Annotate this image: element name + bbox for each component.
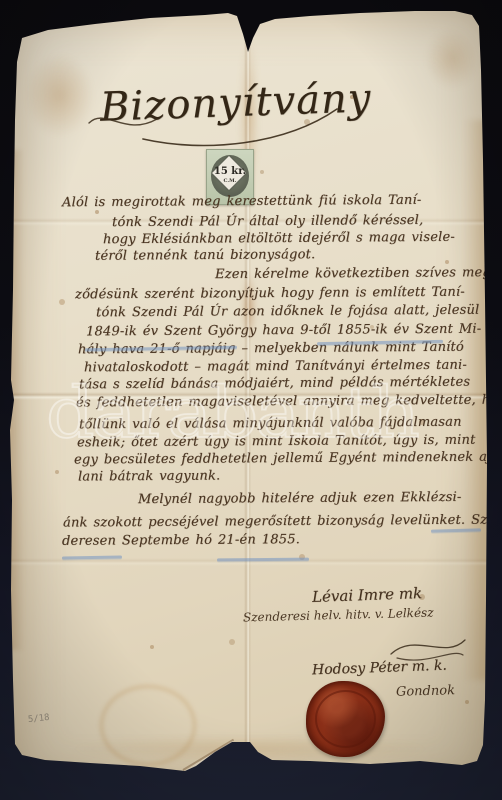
body-line: téről tennénk tanú bizonyságot. <box>95 247 315 264</box>
signature-curator-role: Gondnok <box>396 683 455 700</box>
body-line: deresen Septembe hó 21-én 1855. <box>62 532 300 549</box>
body-line: tása s szelíd bánása módjaiért, mind pél… <box>79 375 470 393</box>
body-line: tőllünk való el válása minyájunknál való… <box>79 415 462 433</box>
signature-pastor-name: Lévai Imre mk <box>312 584 423 606</box>
photo-background: Bizonyítvány 15 kr. C.M. Alól is megirot… <box>0 0 502 800</box>
body-line: lani bátrak vagyunk. <box>78 469 220 485</box>
body-line: ánk szokott pecséjével megerősített bizo… <box>63 512 502 530</box>
stamp-currency: C.M. <box>207 178 253 184</box>
body-line: Ezen kérelme következtiben szíves meggyő… <box>215 265 502 282</box>
body-line: 1849-ik év Szent György hava 9-től 1855-… <box>86 322 481 340</box>
body-line: tónk Szendi Pál Úr azon időknek le fojás… <box>96 303 479 321</box>
body-line: ződésünk szerént bizonyítjuk hogy fenn i… <box>75 285 465 303</box>
body-line: Melynél nagyobb hitelére adjuk ezen Ekkl… <box>138 490 462 507</box>
fold-seam <box>232 742 253 765</box>
body-line: egy becsületes feddhetetlen jellemű Egyé… <box>74 449 502 467</box>
body-line: és feddhetetlen magaviseletével annyira … <box>76 392 502 410</box>
stamp-value: 15 kr. <box>207 166 253 177</box>
body-line: esheik; őtet azért úgy is mint Iskola Ta… <box>77 433 476 451</box>
body-line: hogy Eklésiánkban eltöltött idejéről s m… <box>103 230 455 247</box>
title-flourish <box>85 95 345 147</box>
body-line: tónk Szendi Pál Úr által oly illendő kér… <box>112 213 423 230</box>
wax-seal-impression <box>315 690 376 748</box>
document-paper: Bizonyítvány 15 kr. C.M. Alól is megirot… <box>0 0 502 800</box>
body-line: hivataloskodott – magát mind Tanítványi … <box>84 358 467 376</box>
body-line: Alól is megirottak meg kerestettünk fiú … <box>62 193 422 211</box>
